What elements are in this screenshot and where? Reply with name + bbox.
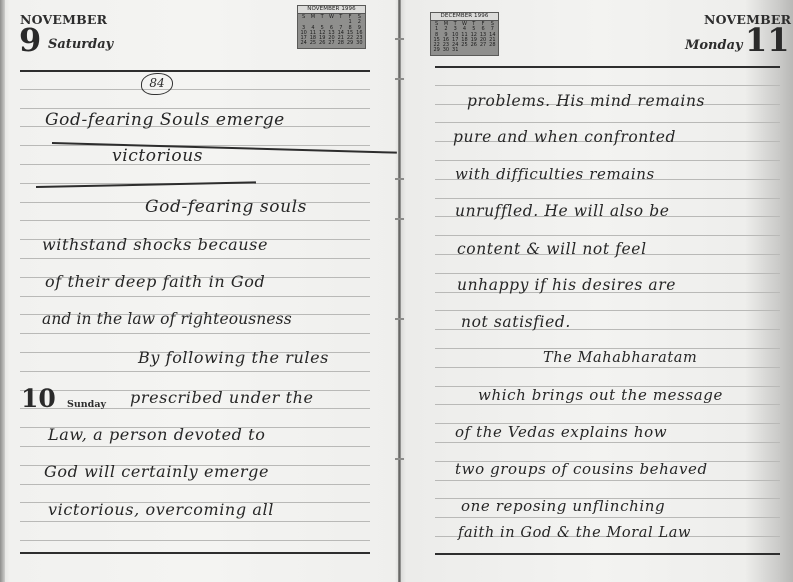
second-day-number: 10 [21, 384, 56, 413]
ruled-line [20, 540, 370, 541]
mini-calendar-cell [488, 48, 497, 53]
ruled-line [20, 89, 370, 90]
handwritten-line: unruffled. He will also be [455, 202, 670, 220]
ruled-line [435, 198, 780, 199]
ruled-line [435, 480, 780, 481]
ruled-line [20, 108, 370, 109]
entry-title-line: God-fearing Souls emerge [45, 110, 285, 130]
handwritten-line: of their deep faith in God [45, 272, 265, 291]
handwritten-line: two groups of cousins behaved [455, 460, 708, 478]
ruled-line [435, 160, 780, 161]
mini-calendar-cell: 31 [451, 48, 460, 53]
handwritten-line: God will certainly emerge [44, 462, 269, 481]
mini-calendar-cell: 29 [432, 48, 441, 53]
entry-title-line: victorious [112, 146, 203, 166]
second-day-name: Sunday [67, 399, 106, 410]
ruled-line [20, 333, 370, 334]
mini-calendar-grid: SMTWTFS123456789101112131415161718192021… [431, 21, 498, 54]
mini-calendar-cell: 27 [327, 41, 336, 46]
ruled-line [20, 521, 370, 522]
mini-calendar-cell: 26 [318, 41, 327, 46]
ruled-line [20, 446, 370, 447]
handwritten-line: The Mahabharatam [543, 350, 697, 366]
ruled-line [435, 85, 780, 86]
left-page: NOVEMBER 9 Saturday NOVEMBER 1996 SMTWTF… [0, 0, 400, 582]
handwritten-line: victorious, overcoming all [48, 500, 274, 519]
footer-rule [20, 552, 370, 554]
ruled-line [20, 258, 370, 259]
ruled-line [20, 220, 370, 221]
ruled-line [20, 296, 370, 297]
ruled-line [435, 442, 780, 443]
handwritten-line: content & will not feel [457, 240, 647, 258]
mini-calendar-november: NOVEMBER 1996 SMTWTFS1234567891011121314… [297, 5, 366, 49]
mini-calendar-grid: SMTWTFS123456789101112131415161718192021… [298, 14, 365, 47]
diary-spread: NOVEMBER 9 Saturday NOVEMBER 1996 SMTWTF… [0, 0, 793, 582]
handwritten-line: pure and when confronted [453, 128, 676, 146]
ruled-line [435, 404, 780, 405]
right-day-number: 11 [745, 21, 790, 59]
mini-calendar-cell [469, 48, 478, 53]
handwritten-line: and in the law of righteousness [42, 310, 292, 328]
right-page: DECEMBER 1996 SMTWTFS1234567891011121314… [403, 0, 793, 582]
footer-rule [435, 553, 780, 555]
ruled-line [435, 122, 780, 123]
handwritten-line: Law, a person devoted to [48, 425, 265, 444]
handwritten-line: withstand shocks because [42, 235, 268, 254]
handwritten-line: of the Vedas explains how [455, 423, 667, 441]
handwritten-line: prescribed under the [130, 388, 314, 407]
ruled-line [435, 367, 780, 368]
book-binding [398, 0, 401, 582]
ruled-line [435, 273, 780, 274]
mini-calendar-december: DECEMBER 1996 SMTWTFS1234567891011121314… [430, 12, 499, 56]
ruled-line [435, 235, 780, 236]
handwritten-line: unhappy if his desires are [457, 276, 676, 294]
handwritten-line: not satisfied. [461, 313, 571, 331]
ruled-line [20, 371, 370, 372]
page-number-mark: 84 [141, 73, 173, 95]
ruled-line [20, 484, 370, 485]
ruled-line [435, 310, 780, 311]
mini-calendar-cell: 30 [355, 41, 364, 46]
mini-calendar-title: DECEMBER 1996 [431, 13, 498, 21]
handwritten-line: God-fearing souls [145, 197, 307, 217]
ruled-line [435, 517, 780, 518]
mini-calendar-cell: 28 [336, 41, 345, 46]
handwritten-line: By following the rules [138, 348, 329, 367]
right-day-name: Monday [685, 38, 743, 53]
header-rule [435, 66, 780, 68]
ruled-line [435, 348, 780, 349]
handwritten-line: faith in God & the Moral Law [458, 525, 691, 541]
left-day-number: 9 [19, 21, 41, 59]
mini-calendar-cell: 29 [345, 41, 354, 46]
handwritten-line: with difficulties remains [455, 165, 655, 183]
mini-calendar-cell: 25 [308, 41, 317, 46]
left-day-name: Saturday [48, 37, 113, 52]
mini-calendar-cell: 24 [299, 41, 308, 46]
title-underline [52, 142, 397, 153]
mini-calendar-title: NOVEMBER 1996 [298, 6, 365, 14]
mini-calendar-cell [478, 48, 487, 53]
mini-calendar-cell: 30 [441, 48, 450, 53]
handwritten-line: which brings out the message [478, 386, 723, 404]
handwritten-line: one reposing unflinching [461, 497, 665, 515]
header-rule [20, 70, 370, 72]
mini-calendar-cell [460, 48, 469, 53]
handwritten-line: problems. His mind remains [467, 92, 705, 110]
